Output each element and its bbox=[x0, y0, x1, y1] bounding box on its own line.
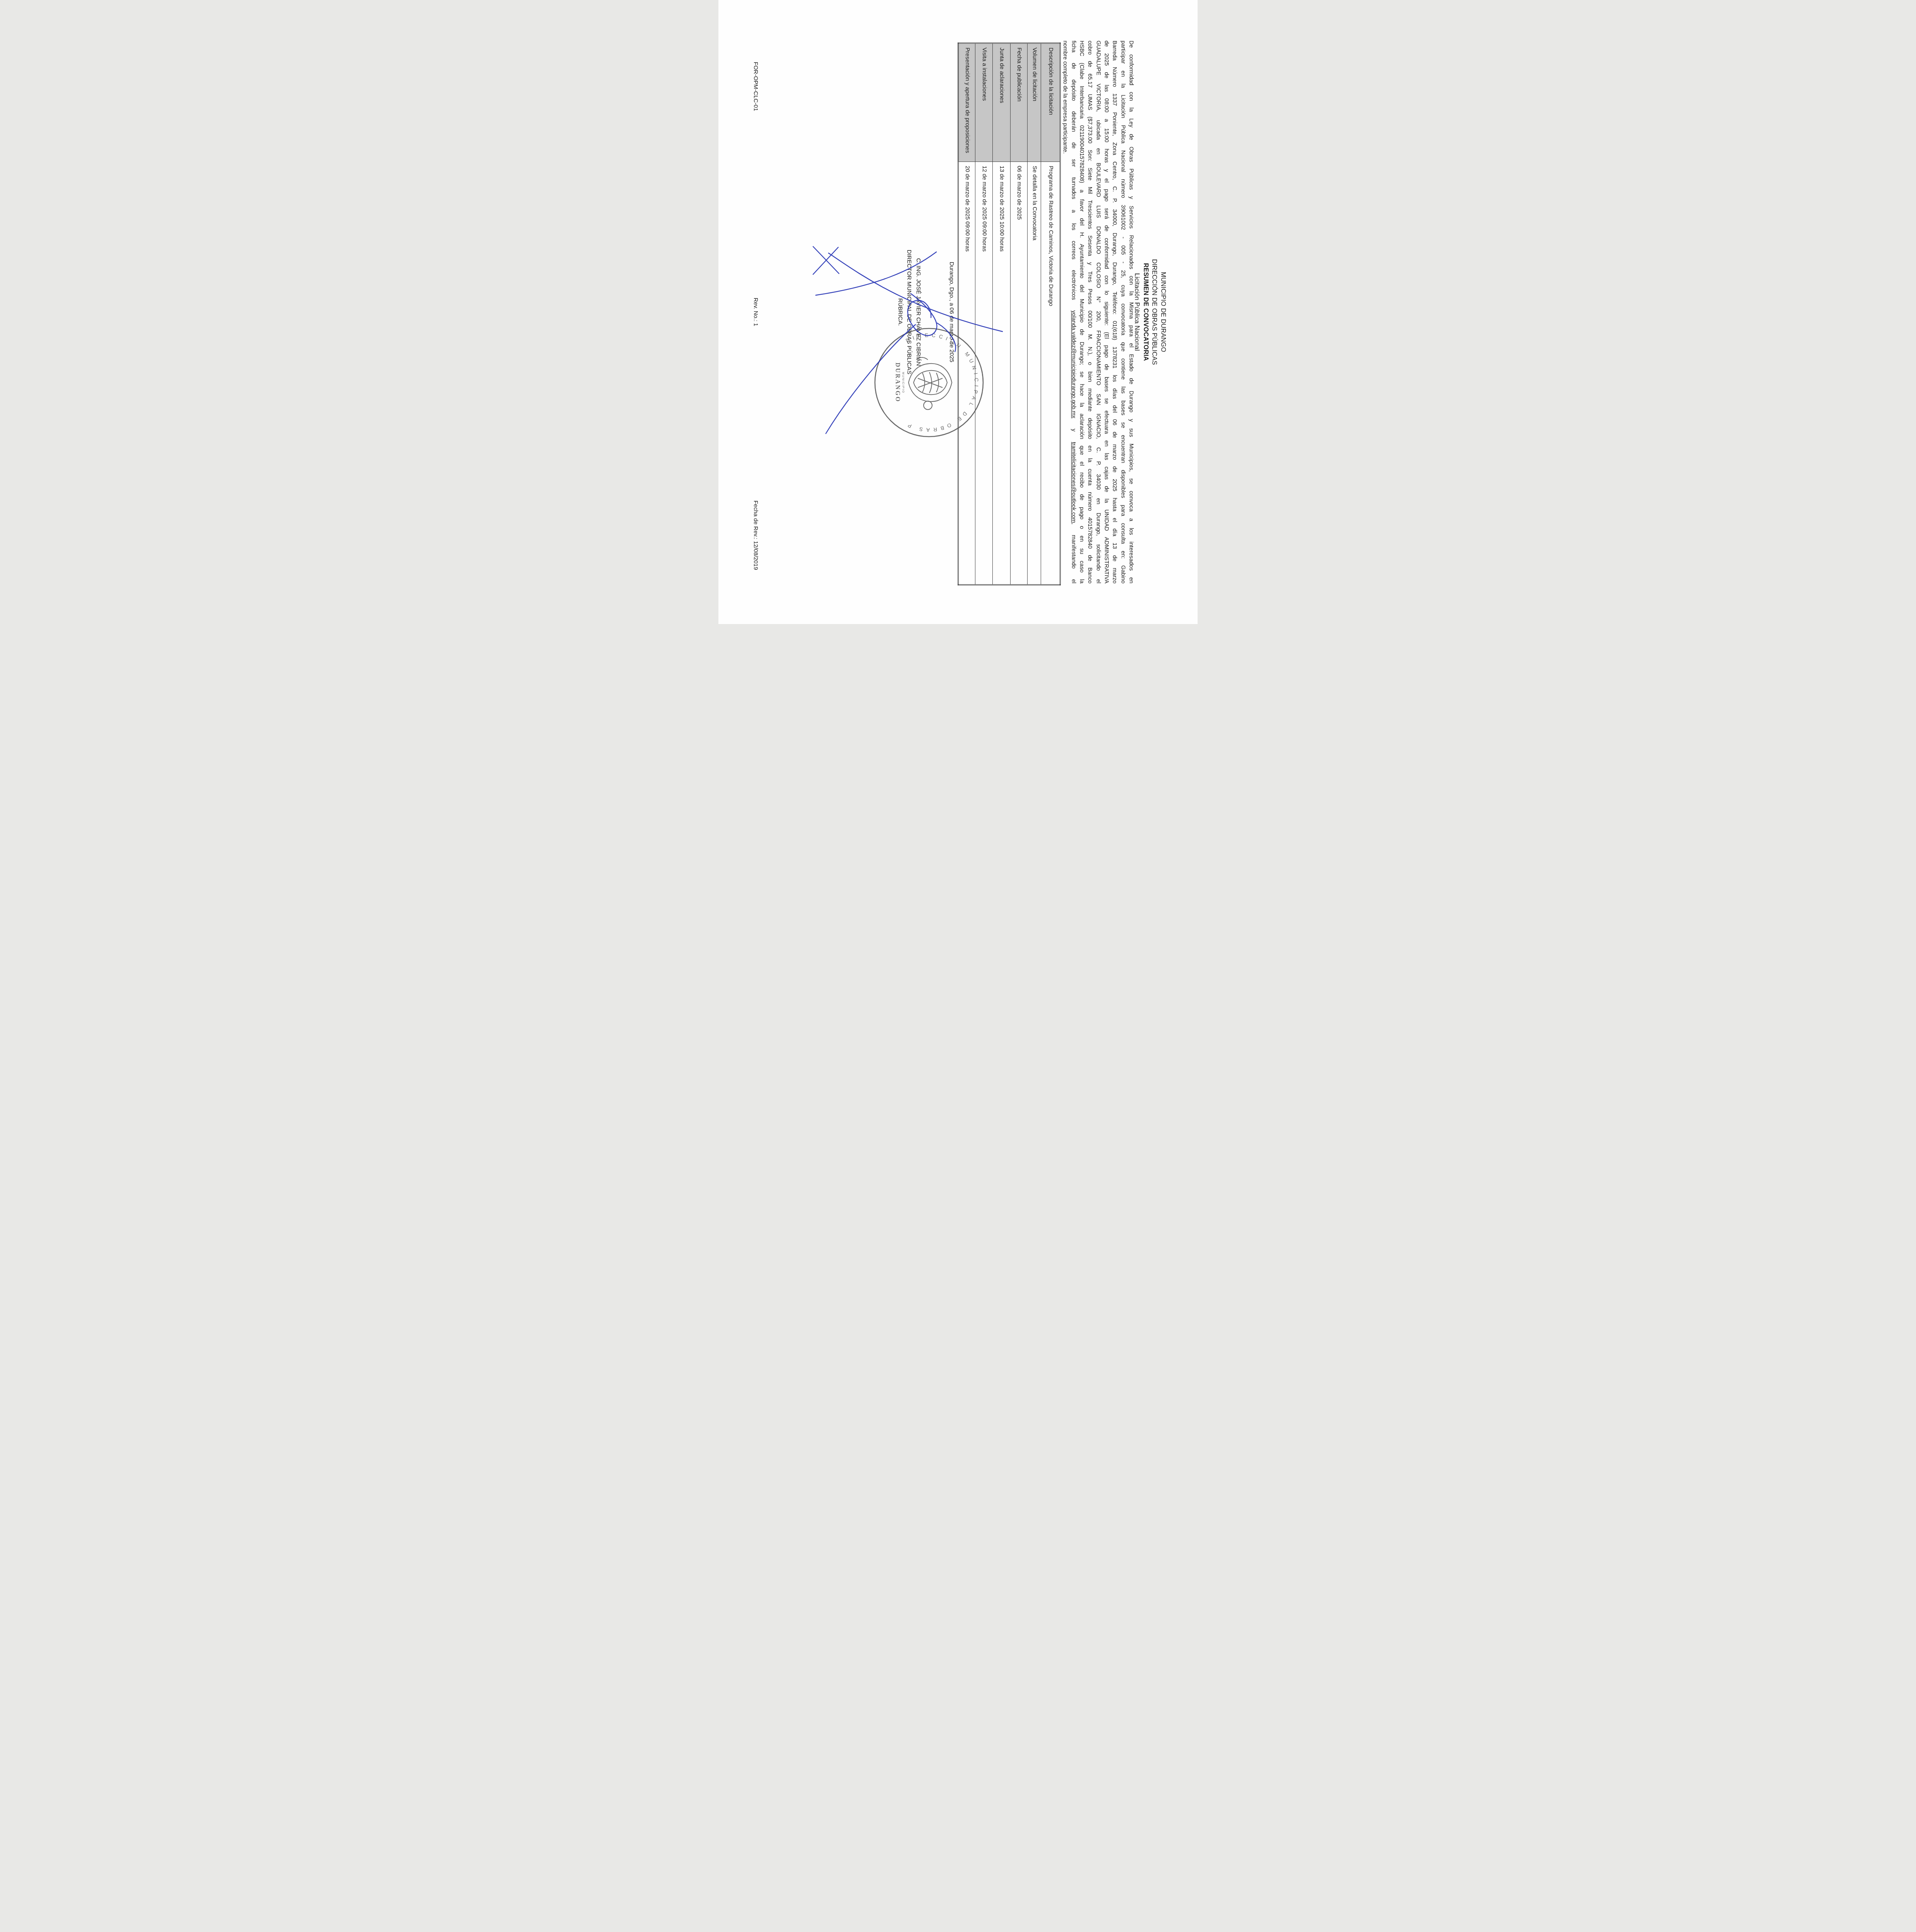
body-line-emails: ficha de depósito deberán de ser turnado… bbox=[1069, 41, 1077, 583]
header-direccion: DIRECCIÓN DE OBRAS PÚBLICAS bbox=[1150, 41, 1159, 583]
email-link-tramites[interactable]: tramitelicitaciones@outlook.com bbox=[1070, 442, 1077, 523]
table-row: Descripción de la licitación Programa de… bbox=[1041, 43, 1060, 585]
footer-revision-date: Fecha de Rev.: 12/08/2019 bbox=[752, 500, 759, 570]
body-line: Barreda Número 1337 Poniente, Zona Centr… bbox=[1110, 41, 1118, 583]
row-label: Presentación y apertura de proposiciones bbox=[958, 43, 975, 162]
body-line8-pre: ficha de depósito deberán de ser turnado… bbox=[1070, 41, 1077, 310]
table-row: Fecha de publicación 06 de marzo de 2025 bbox=[1011, 43, 1028, 585]
body-line: HSBC (Clabe Interbancaria 02119004015782… bbox=[1077, 41, 1086, 583]
body-line: de 2025 de las 08:00 a 15:00 horas y el … bbox=[1102, 41, 1110, 583]
row-label: Fecha de publicación bbox=[1011, 43, 1028, 162]
body-line8-mid: y bbox=[1070, 418, 1077, 442]
row-value: Programa de Rastreo de Caminos, Victoria… bbox=[1041, 162, 1060, 585]
email-link-yolanda[interactable]: yolanda.valdez@municipiodurango.gob.mx bbox=[1070, 310, 1077, 418]
body-line: GUADALUPE VICTORIA, ubicada en BOULEVARD… bbox=[1094, 41, 1102, 583]
body-line: De conformidad con la Ley de Obras Públi… bbox=[1127, 41, 1135, 583]
document-landscape-content: MUNICIPIO DE DURANGO DIRECCIÓN DE OBRAS … bbox=[718, 0, 1198, 624]
row-label: Junta de aclaraciones bbox=[993, 43, 1011, 162]
document-header: MUNICIPIO DE DURANGO DIRECCIÓN DE OBRAS … bbox=[1133, 41, 1167, 583]
header-resumen: RESUMEN DE CONVOCATORIA bbox=[1141, 41, 1150, 583]
row-label: Visita a instalaciones bbox=[975, 43, 993, 162]
handwritten-signature bbox=[807, 232, 1008, 448]
body-line: participar en la Licitación Pública Naci… bbox=[1118, 41, 1126, 583]
scanned-page: MUNICIPIO DE DURANGO DIRECCIÓN DE OBRAS … bbox=[718, 0, 1198, 624]
body-line8-post: , manifestando el bbox=[1070, 523, 1077, 583]
body-paragraph: De conformidad con la Ley de Obras Públi… bbox=[1061, 41, 1135, 583]
row-label: Descripción de la licitación bbox=[1041, 43, 1060, 162]
row-value: 06 de marzo de 2025 bbox=[1011, 162, 1028, 585]
table-row: Volumen de licitación Se detalla en la C… bbox=[1028, 43, 1041, 585]
body-line: cobro de 65.17 UMAS ($7,373.00 Son: Siet… bbox=[1086, 41, 1094, 583]
row-value: Se detalla en la Convocatoria bbox=[1028, 162, 1041, 585]
row-label: Volumen de licitación bbox=[1028, 43, 1041, 162]
header-municipio: MUNICIPIO DE DURANGO bbox=[1159, 41, 1167, 583]
body-line: nombre completo de la empresa participan… bbox=[1061, 41, 1069, 583]
